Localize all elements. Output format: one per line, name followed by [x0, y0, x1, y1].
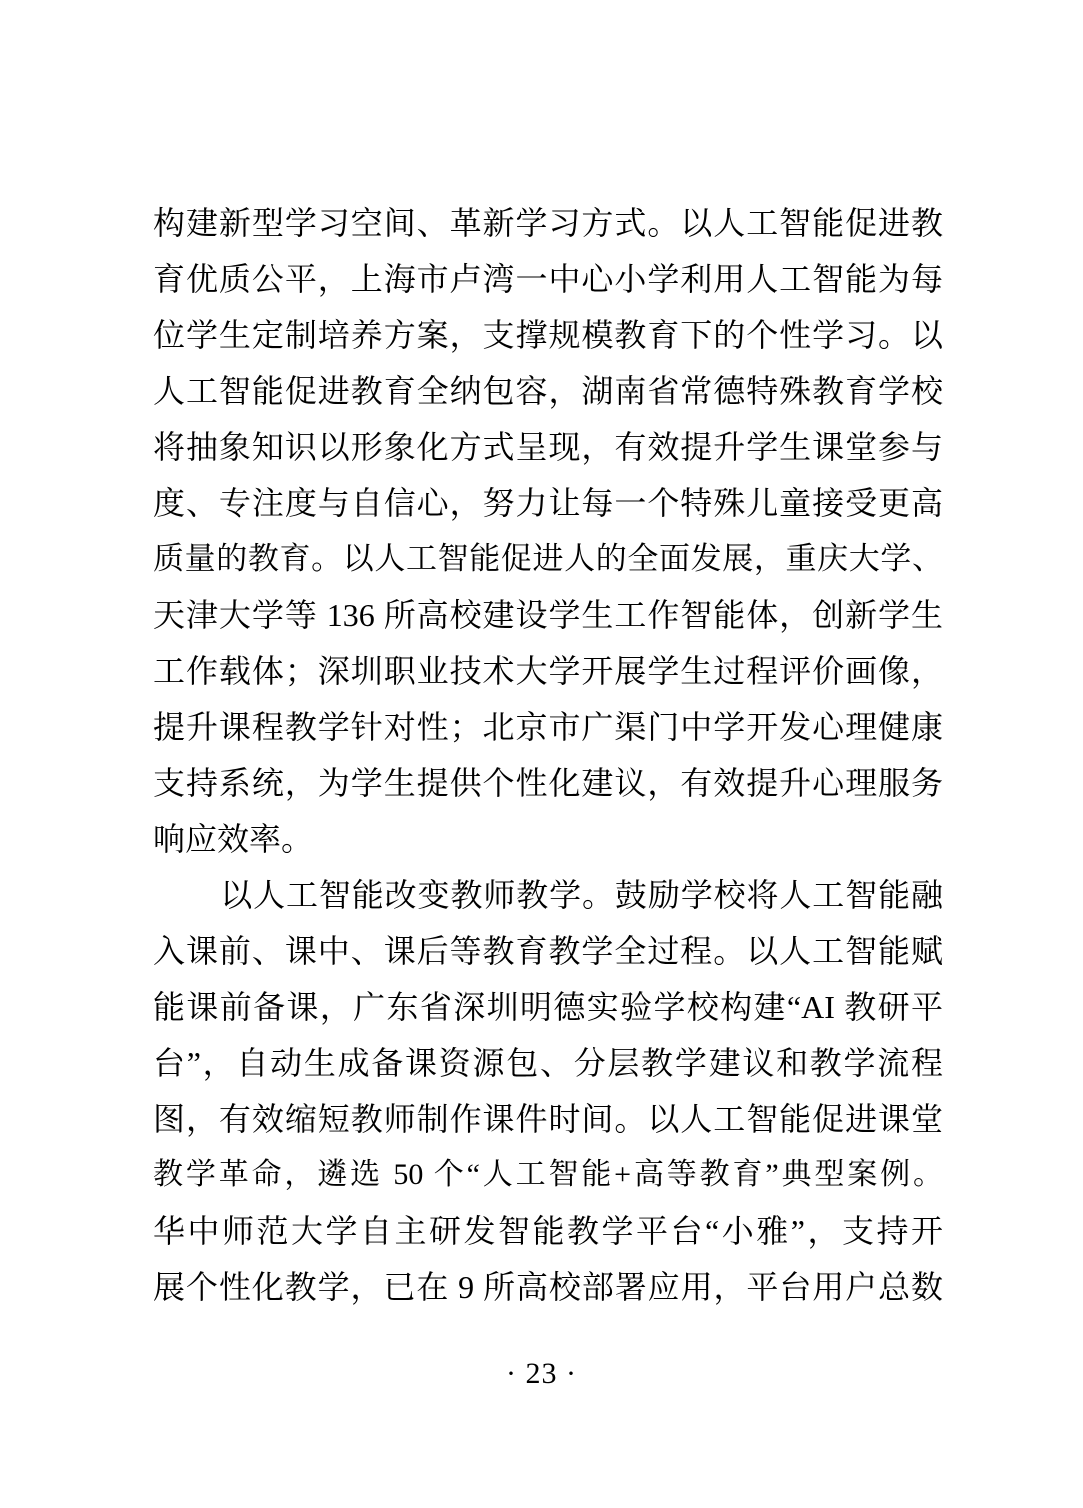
- text-line: 天津大学等 136 所高校建设学生工作智能体，创新学生: [153, 587, 943, 643]
- text-line: 提升课程教学针对性；北京市广渠门中学开发心理健康: [153, 699, 943, 755]
- text-line: 育优质公平，上海市卢湾一中心小学利用人工智能为每: [153, 251, 943, 307]
- text-line: 教学革命，遴选 50 个“人工智能+高等教育”典型案例。: [153, 1147, 943, 1203]
- page-number: · 23 ·: [0, 1352, 1083, 1396]
- text-line: 质量的教育。以人工智能促进人的全面发展，重庆大学、: [153, 531, 943, 587]
- text-line: 展个性化教学，已在 9 所高校部署应用，平台用户总数: [153, 1259, 943, 1315]
- text-line: 响应效率。: [153, 811, 943, 867]
- text-line: 度、专注度与自信心，努力让每一个特殊儿童接受更高: [153, 475, 943, 531]
- document-page: 构建新型学习空间、革新学习方式。以人工智能促进教 育优质公平，上海市卢湾一中心小…: [0, 0, 1083, 1508]
- text-line: 构建新型学习空间、革新学习方式。以人工智能促进教: [153, 195, 943, 251]
- text-line: 图，有效缩短教师制作课件时间。以人工智能促进课堂: [153, 1091, 943, 1147]
- text-line: 人工智能促进教育全纳包容，湖南省常德特殊教育学校: [153, 363, 943, 419]
- text-line: 入课前、课中、课后等教育教学全过程。以人工智能赋: [153, 923, 943, 979]
- text-line: 支持系统，为学生提供个性化建议，有效提升心理服务: [153, 755, 943, 811]
- text-line: 能课前备课，广东省深圳明德实验学校构建“AI 教研平: [153, 979, 943, 1035]
- text-line: 以人工智能改变教师教学。鼓励学校将人工智能融: [153, 867, 943, 923]
- body-text: 构建新型学习空间、革新学习方式。以人工智能促进教 育优质公平，上海市卢湾一中心小…: [153, 195, 943, 1315]
- text-line: 华中师范大学自主研发智能教学平台“小雅”，支持开: [153, 1203, 943, 1259]
- text-line: 将抽象知识以形象化方式呈现，有效提升学生课堂参与: [153, 419, 943, 475]
- text-line: 工作载体；深圳职业技术大学开展学生过程评价画像，: [153, 643, 943, 699]
- text-line: 位学生定制培养方案，支撑规模教育下的个性学习。以: [153, 307, 943, 363]
- text-line: 台”，自动生成备课资源包、分层教学建议和教学流程: [153, 1035, 943, 1091]
